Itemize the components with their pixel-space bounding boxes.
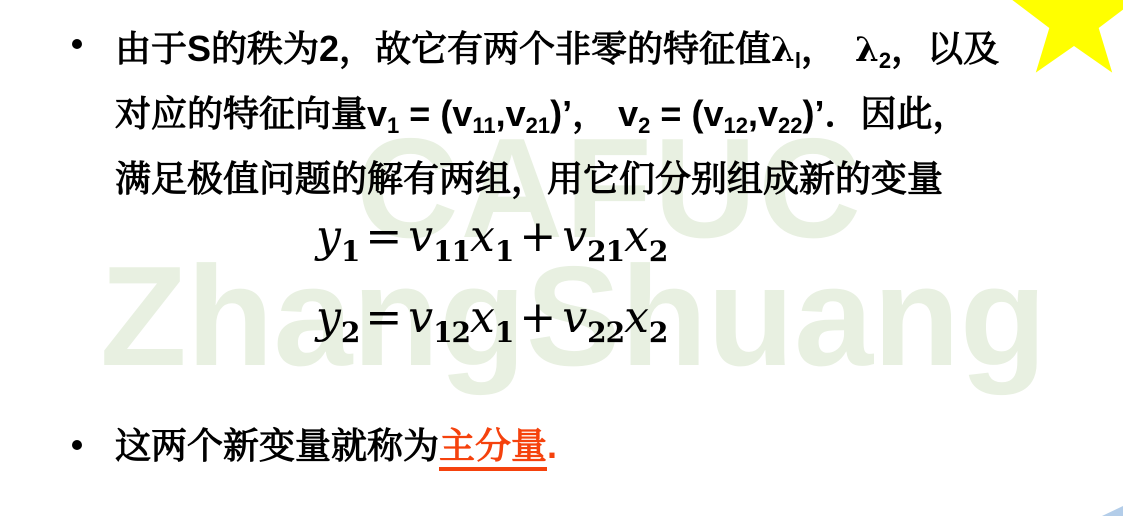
formula-block: y1=v11x1+v21x2 y2=v12x1+v22x2 <box>316 204 667 366</box>
paragraph-line-2: 对应的特征向量v1 = (v11,v21)’， v2 = (v12,v22)’．… <box>115 87 999 152</box>
principal-component-term: 主分量 <box>439 425 547 471</box>
lambda-symbol: λ <box>771 30 795 70</box>
bullet-marker <box>72 440 82 450</box>
paragraph-eigen: 由于S的秩为2，故它有两个非零的特征值λl， λ2，以及 对应的特征向量v1 =… <box>115 22 999 205</box>
formula-y1: y1=v11x1+v21x2 <box>316 204 667 285</box>
slide-content: 由于S的秩为2，故它有两个非零的特征值λl， λ2，以及 对应的特征向量v1 =… <box>0 0 1123 516</box>
bullet-marker <box>72 39 82 49</box>
formula-y2: y2=v12x1+v22x2 <box>316 285 667 366</box>
star-icon <box>1000 0 1123 80</box>
paragraph-line-1: 由于S的秩为2，故它有两个非零的特征值λl， λ2，以及 <box>115 22 999 87</box>
paragraph-principal-component: 这两个新变量就称为主分量. <box>115 424 557 468</box>
lambda-symbol: λ <box>855 30 879 70</box>
paragraph-line-3: 满足极值问题的解有两组，用它们分别组成新的变量 <box>115 152 999 205</box>
corner-triangle-icon <box>1100 505 1123 516</box>
